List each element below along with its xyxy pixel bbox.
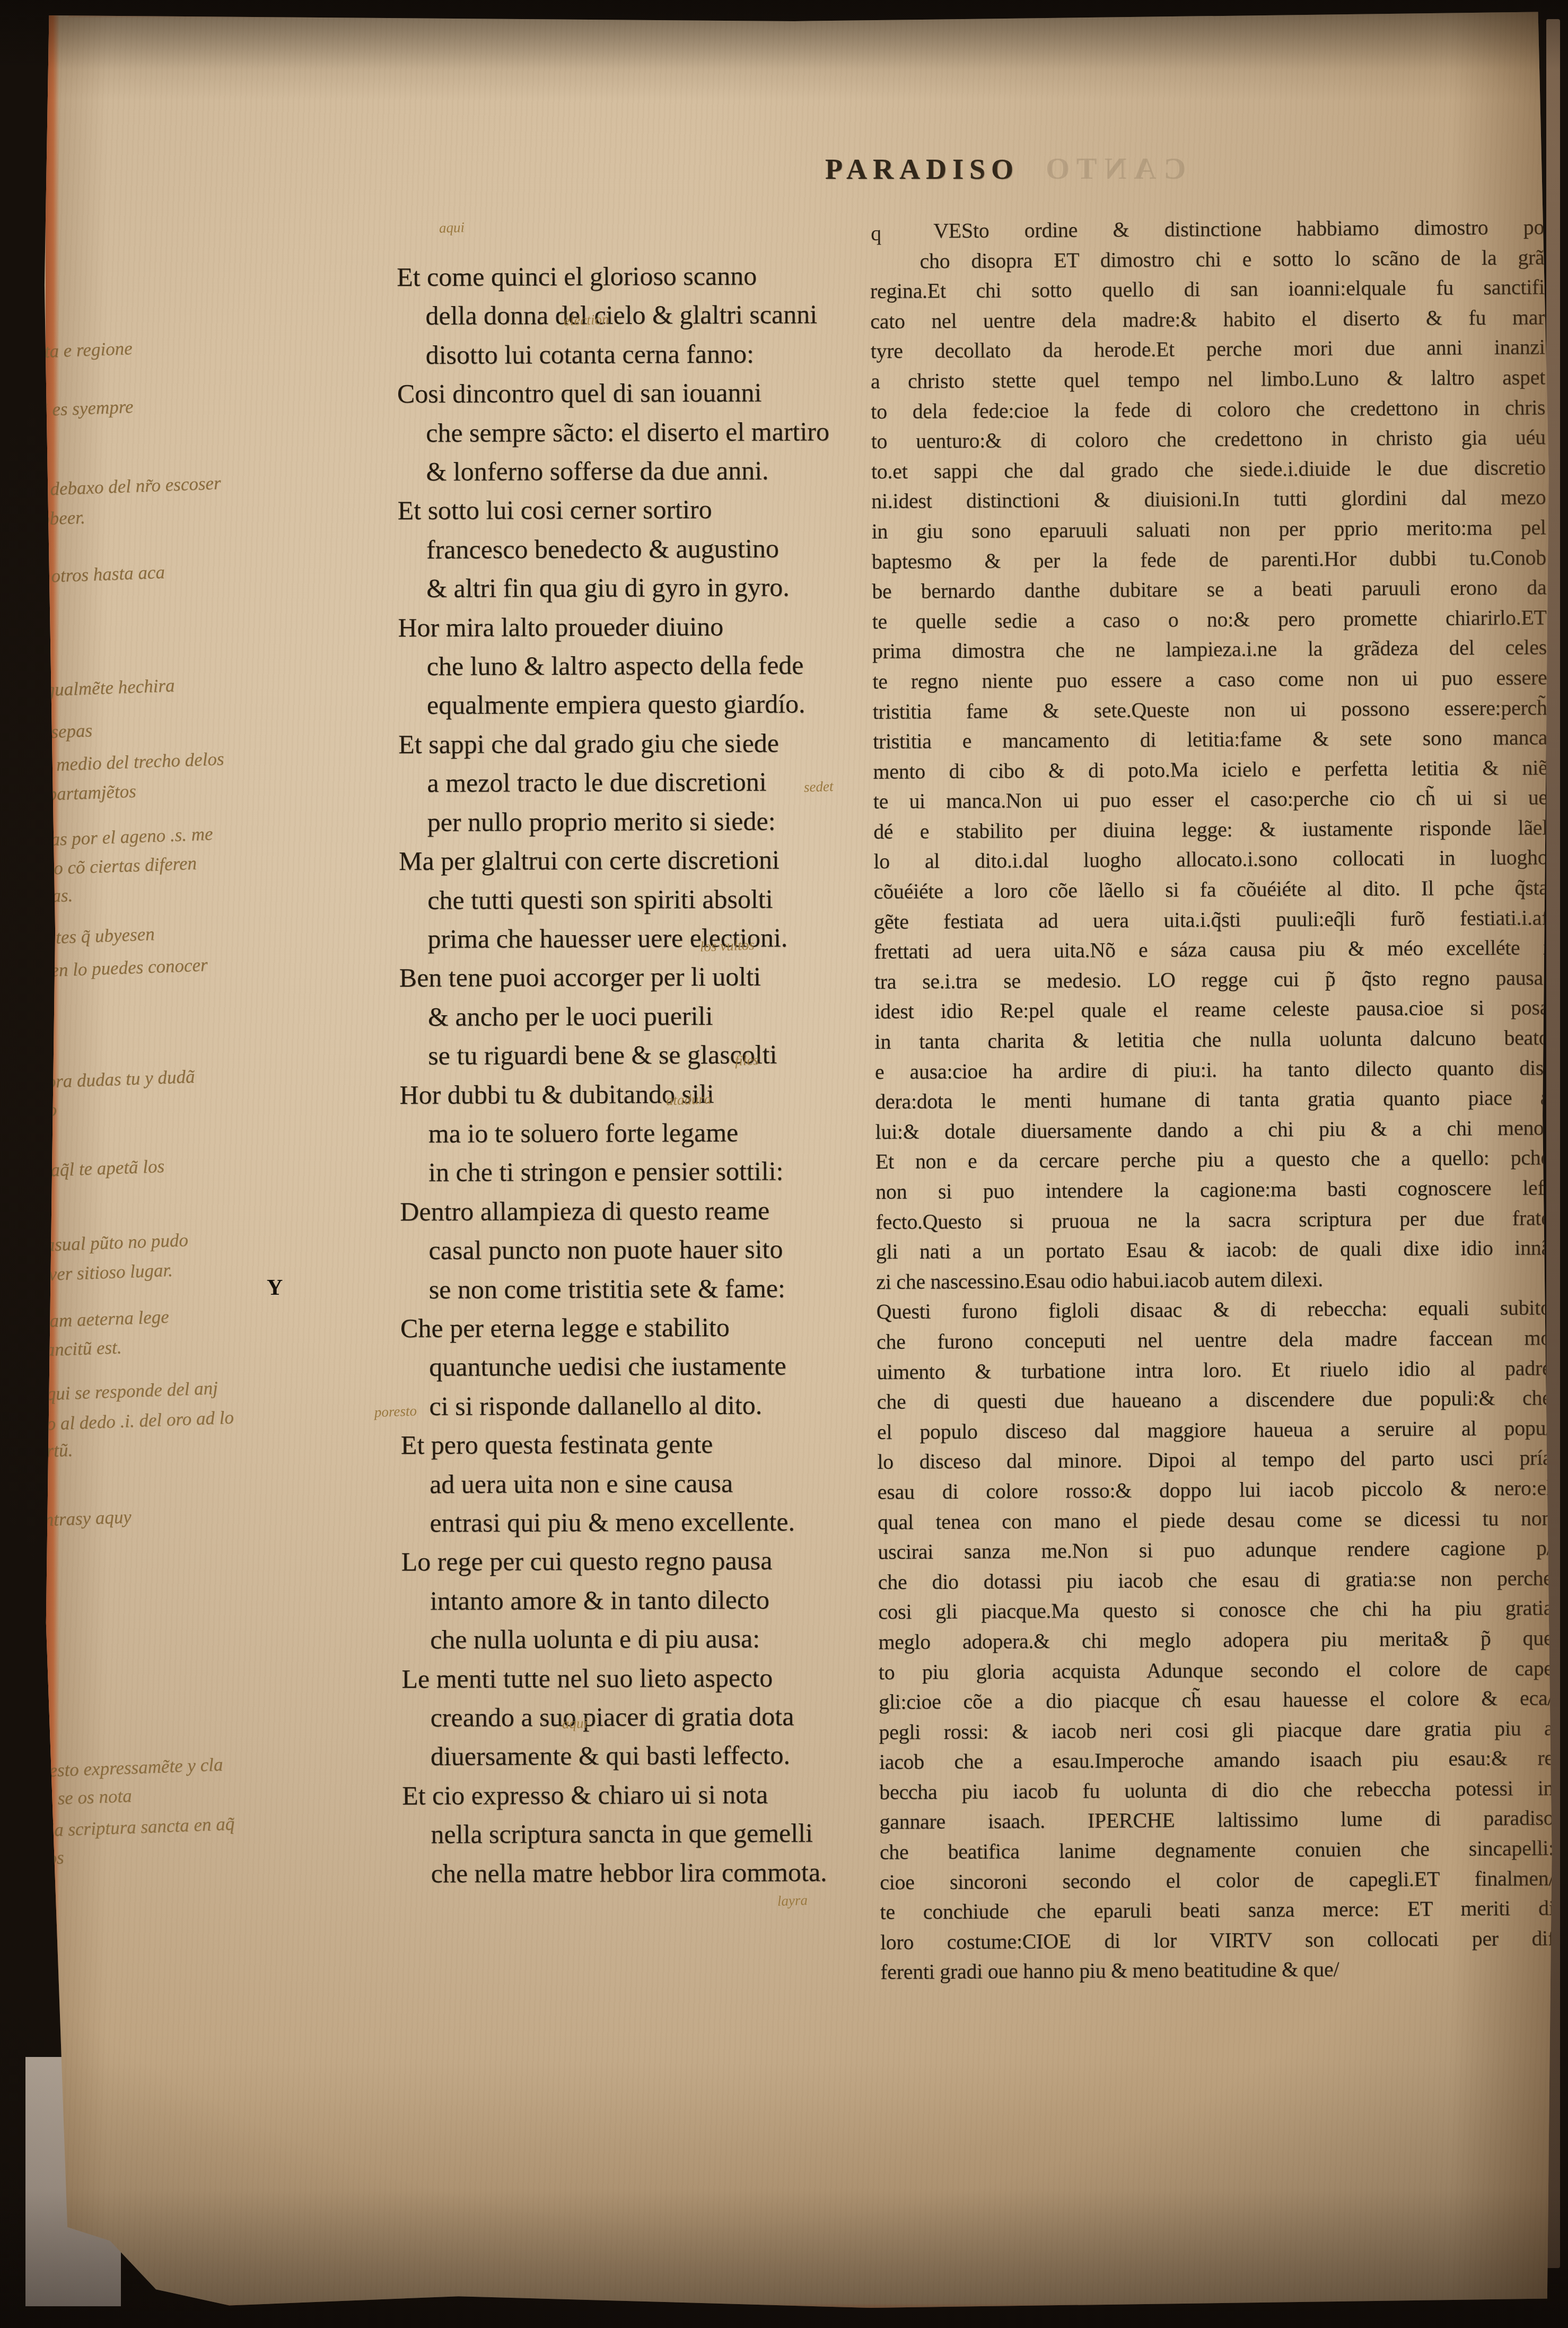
book-page: CANTO PARADISO Et come quinci el glorios…: [31, 8, 1558, 2315]
interlinear-note: atadura: [665, 1091, 712, 1109]
interlinear-note: poresto: [374, 1403, 417, 1421]
interlinear-note: aqui: [562, 1715, 588, 1732]
interlinear-note: los vultos: [699, 937, 755, 955]
interlinear-note: aqui: [439, 219, 465, 237]
interlinear-note: layra: [777, 1892, 808, 1910]
interlinear-note: sedet: [803, 778, 834, 796]
interlinear-note: files: [734, 1052, 759, 1069]
interlinear-notes-layer: aquielectionsedetlos vultosfilesatadurap…: [31, 8, 1558, 2315]
interlinear-note: election: [563, 311, 609, 329]
